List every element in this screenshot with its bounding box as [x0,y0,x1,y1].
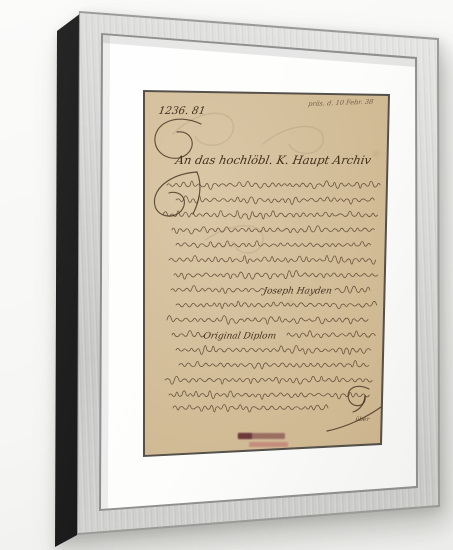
script-line [165,376,372,384]
stamp-line-2 [249,442,288,447]
manuscript-script: 1236. 81 präs. d. 10 Febr. 38 An das hoc… [145,90,388,455]
fragment-text: Original Diplom [202,332,276,342]
fragment-text: Joseph Hayden [260,287,332,297]
script-line [163,211,378,220]
stamp-line-1-bold [238,433,252,439]
script-line [169,391,369,400]
date-note: präs. d. 10 Febr. 38 [308,98,374,108]
docket-number: 1236. 81 [157,105,206,117]
archive-stamp [238,433,288,447]
script-line [176,345,371,354]
script-line [174,271,378,280]
signature-flourish [327,386,381,431]
script-line [173,405,328,412]
script-line [167,181,380,190]
script-line [176,301,377,309]
salutation: An das hochlöbl. K. Haupt Archiv [173,153,372,167]
date-note-text: präs. d. 10 Febr. 38 [308,98,374,108]
signoff: über [355,416,371,423]
salutation-text: An das hochlöbl. K. Haupt Archiv [173,153,372,167]
frame-shadow: 1236. 81 präs. d. 10 Febr. 38 An das hoc… [0,0,453,550]
fragment-joseph-hayden: Joseph Hayden [260,287,332,297]
product-photo: 1236. 81 präs. d. 10 Febr. 38 An das hoc… [0,0,453,550]
fragment-original-diplom: Original Diplom [202,332,276,342]
script-line [172,226,374,234]
docket-number-text: 1236. 81 [157,105,206,117]
script-line [167,316,368,325]
script-line [179,361,369,369]
pen-flourishes [154,119,201,216]
script-line [169,256,376,265]
script-line [176,196,374,205]
ink-bleedthrough [173,113,323,253]
script-line [176,241,371,248]
signoff-text: über [355,416,371,423]
